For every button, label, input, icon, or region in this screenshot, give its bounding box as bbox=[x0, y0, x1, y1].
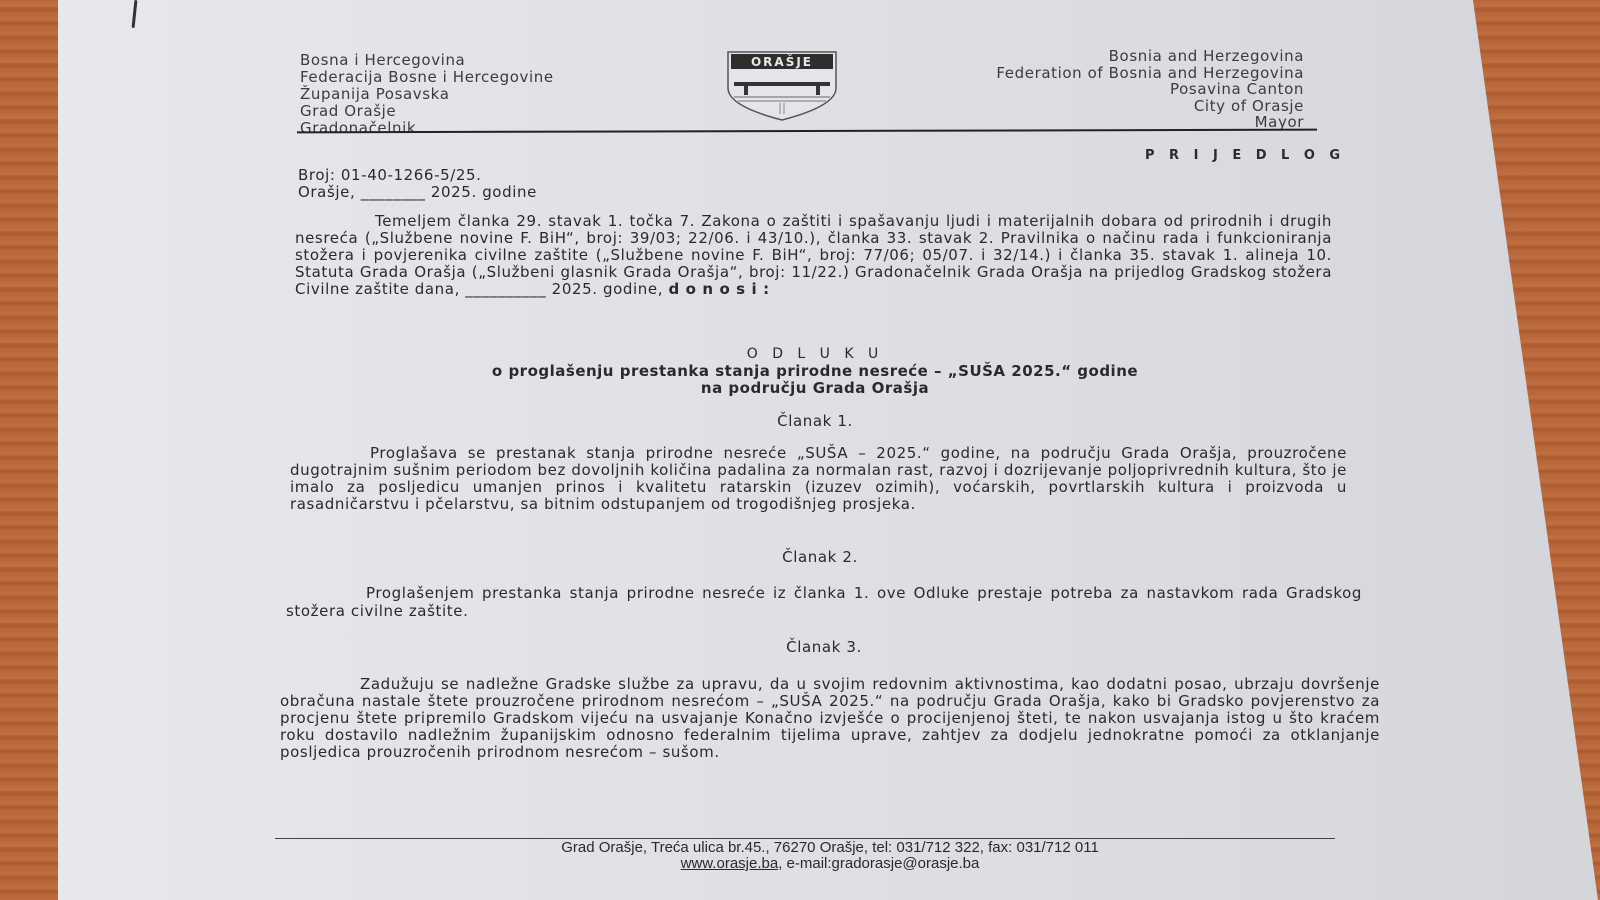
header-office: Gradonačelnik bbox=[300, 120, 554, 137]
preamble-verb: d o n o s i : bbox=[668, 280, 769, 298]
article-2-text: Proglašenjem prestanka stanja prirodne n… bbox=[286, 584, 1362, 620]
preamble: Temeljem članka 29. stavak 1. točka 7. Z… bbox=[295, 213, 1332, 298]
document-meta: Broj: 01-40-1266-5/25. Orašje, ________ … bbox=[298, 167, 537, 201]
footer: Grad Orašje, Treća ulica br.45., 76270 O… bbox=[280, 840, 1380, 872]
header-left: Bosna i Hercegovina Federacija Bosne i H… bbox=[300, 52, 554, 137]
logo-text: ORAŠJE bbox=[751, 54, 813, 69]
title-odluku: O D L U K U bbox=[400, 346, 1230, 363]
coat-of-arms-shield-icon: ORAŠJE bbox=[722, 48, 842, 122]
decision-title: O D L U K U o proglašenju prestanka stan… bbox=[400, 346, 1230, 397]
header-city-en: City of Orasje bbox=[880, 98, 1304, 115]
article-1-text: Proglašava se prestanak stanja prirodne … bbox=[290, 445, 1347, 513]
header-canton: Županija Posavska bbox=[300, 86, 554, 103]
header-federation: Federacija Bosne i Hercegovine bbox=[300, 69, 554, 86]
header-country-en: Bosnia and Herzegovina bbox=[880, 48, 1304, 65]
article-3-text: Zadužuju se nadležne Gradske službe za u… bbox=[280, 676, 1380, 761]
footer-address: Grad Orašje, Treća ulica br.45., 76270 O… bbox=[280, 840, 1380, 856]
header-right: Bosnia and Herzegovina Federation of Bos… bbox=[880, 48, 1304, 131]
header-canton-en: Posavina Canton bbox=[880, 81, 1304, 98]
proposal-label: P R I J E D L O G bbox=[1145, 148, 1345, 163]
document-place-date: Orašje, ________ 2025. godine bbox=[298, 184, 537, 201]
footer-website-link[interactable]: www.orasje.ba bbox=[681, 855, 779, 872]
header-city: Grad Orašje bbox=[300, 103, 554, 120]
header-federation-en: Federation of Bosnia and Herzegovina bbox=[880, 65, 1304, 82]
article-1-heading: Članak 1. bbox=[715, 412, 915, 430]
article-3-heading: Članak 3. bbox=[724, 638, 924, 656]
article-2-heading: Članak 2. bbox=[720, 548, 920, 566]
footer-contact: www.orasje.ba, e-mail:gradorasje@orasje.… bbox=[280, 856, 1380, 872]
title-area: na području Grada Orašja bbox=[400, 380, 1230, 397]
header-country: Bosna i Hercegovina bbox=[300, 52, 554, 69]
footer-email-label: , e-mail: bbox=[778, 855, 831, 872]
title-subject: o proglašenju prestanka stanja prirodne … bbox=[400, 363, 1230, 380]
preamble-text: Temeljem članka 29. stavak 1. točka 7. Z… bbox=[295, 212, 1332, 298]
document-number: Broj: 01-40-1266-5/25. bbox=[298, 167, 537, 184]
footer-email-link[interactable]: gradorasje@orasje.ba bbox=[832, 855, 980, 872]
